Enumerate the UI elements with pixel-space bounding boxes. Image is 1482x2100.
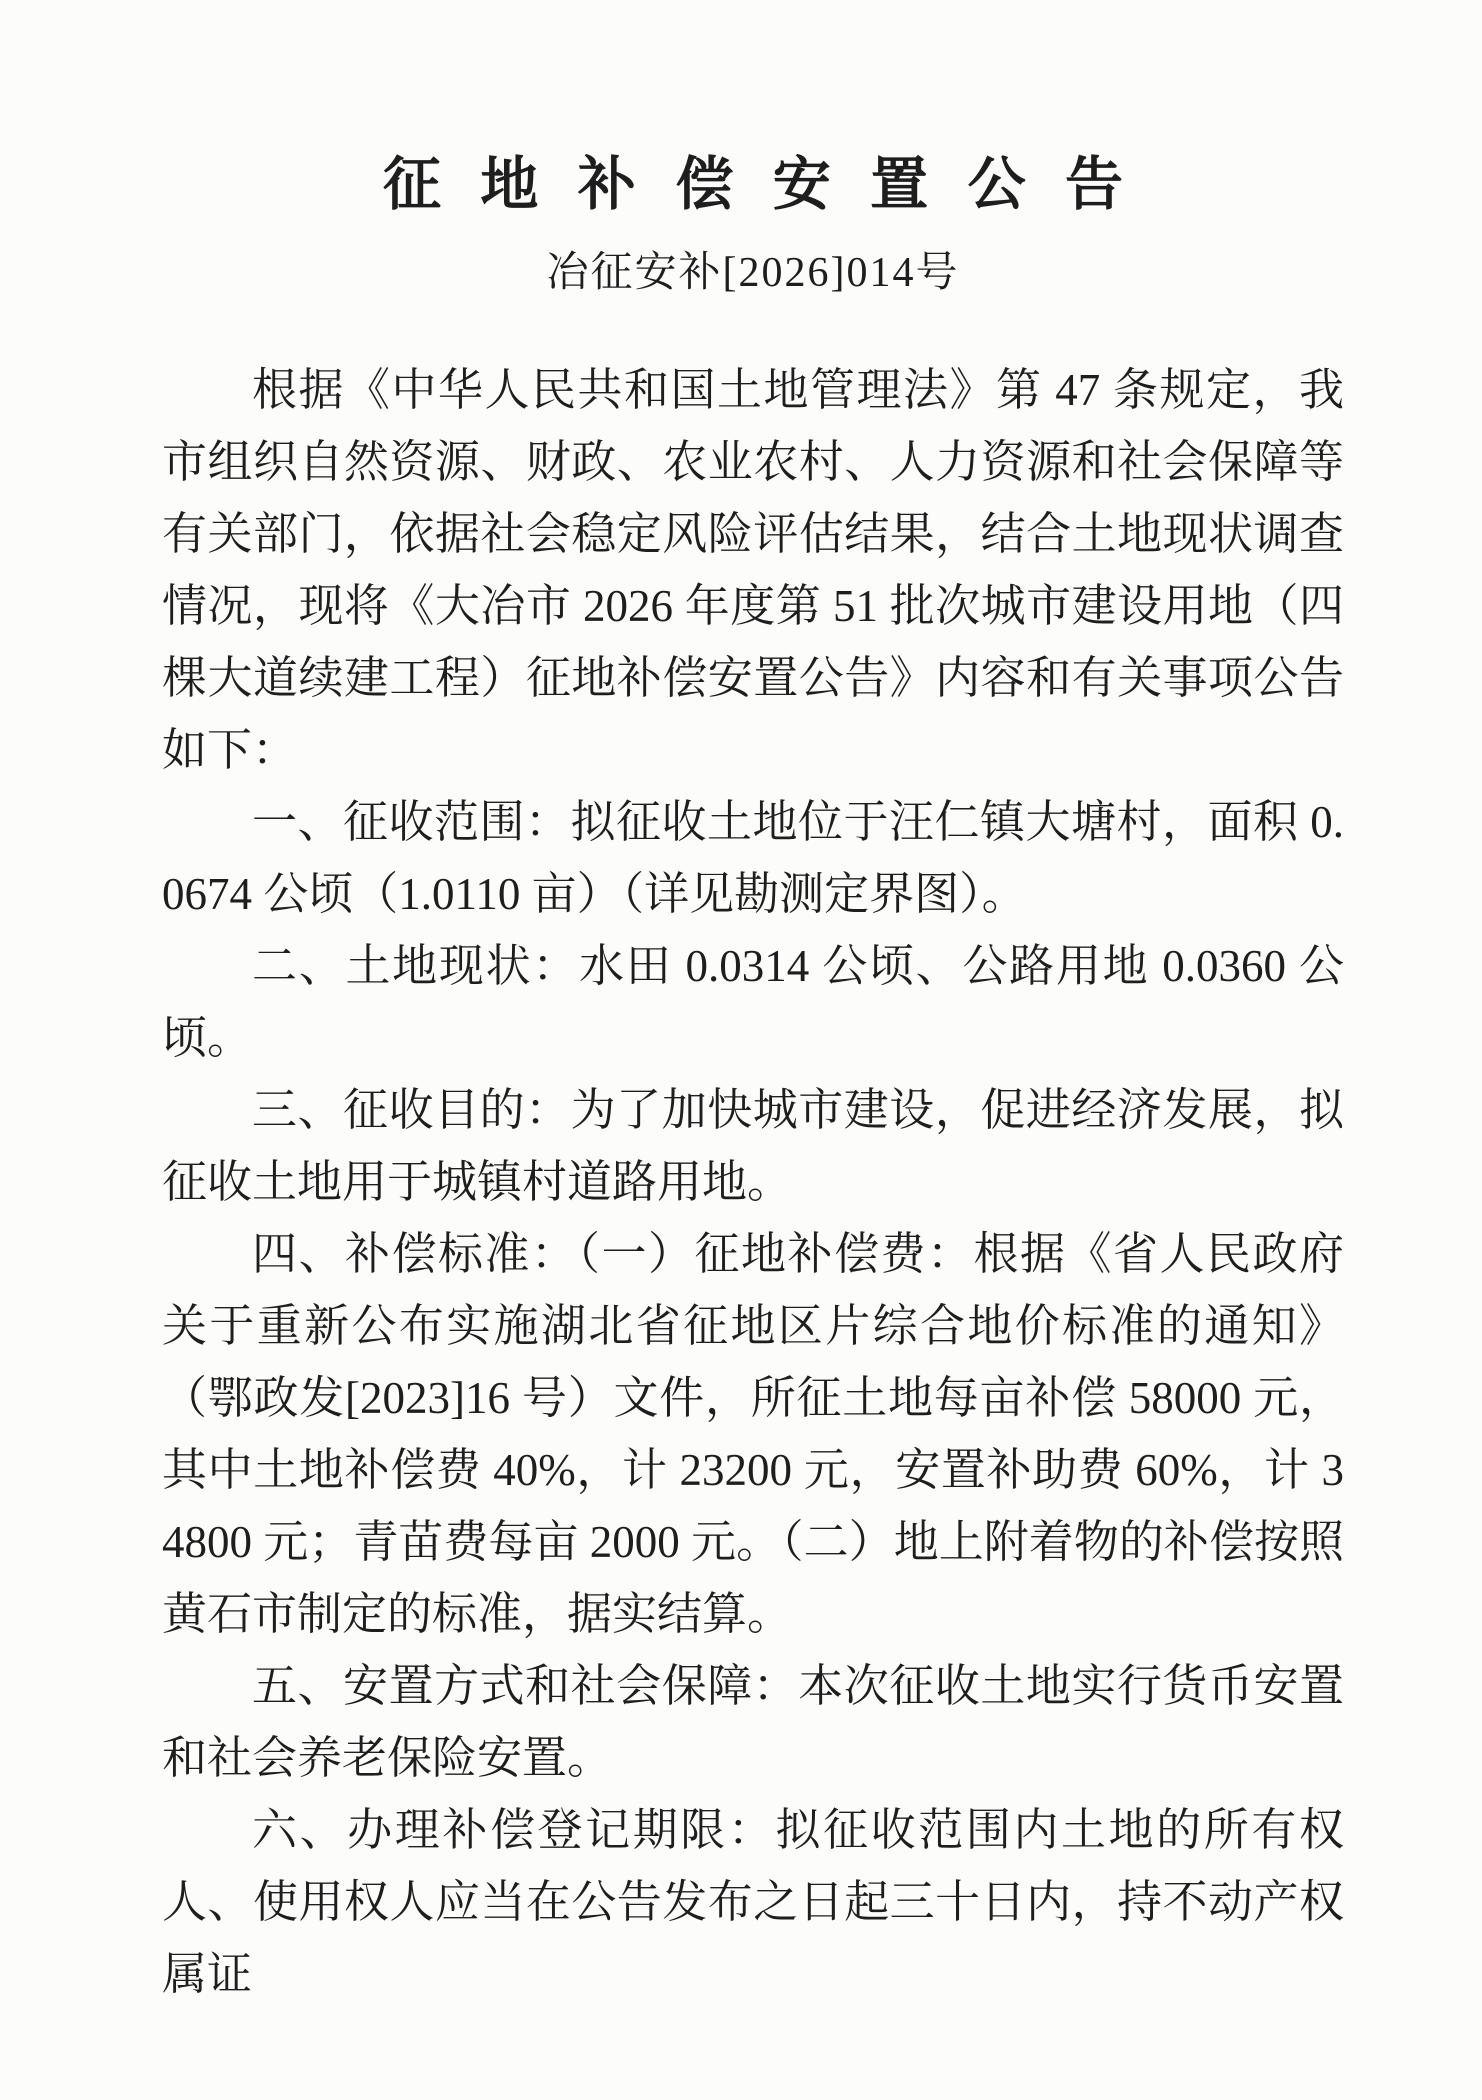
paragraph-section-4-compensation-standard: 四、补偿标准：（一）征地补偿费：根据《省人民政府关于重新公布实施湖北省征地区片综… (162, 1218, 1344, 1650)
paragraph-section-2-land-status: 二、土地现状：水田 0.0314 公顷、公路用地 0.0360 公顷。 (162, 930, 1344, 1074)
paragraph-section-6-registration-deadline: 六、办理补偿登记期限：拟征收范围内土地的所有权人、使用权人应当在公告发布之日起三… (162, 1794, 1344, 2010)
document-number: 冶征安补[2026]014号 (162, 248, 1344, 298)
page-title: 征地补偿安置公告 (162, 150, 1344, 220)
paragraph-section-3-purpose: 三、征收目的：为了加快城市建设，促进经济发展，拟征收土地用于城镇村道路用地。 (162, 1074, 1344, 1218)
announcement-page: 征地补偿安置公告 冶征安补[2026]014号 根据《中华人民共和国土地管理法》… (0, 0, 1482, 2100)
paragraph-section-1-scope: 一、征收范围：拟征收土地位于汪仁镇大塘村，面积 0.0674 公顷（1.0110… (162, 786, 1344, 930)
document-body: 根据《中华人民共和国土地管理法》第 47 条规定，我市组织自然资源、财政、农业农… (162, 354, 1344, 2010)
paragraph-intro: 根据《中华人民共和国土地管理法》第 47 条规定，我市组织自然资源、财政、农业农… (162, 354, 1344, 786)
paragraph-section-5-resettlement: 五、安置方式和社会保障：本次征收土地实行货币安置和社会养老保险安置。 (162, 1650, 1344, 1794)
